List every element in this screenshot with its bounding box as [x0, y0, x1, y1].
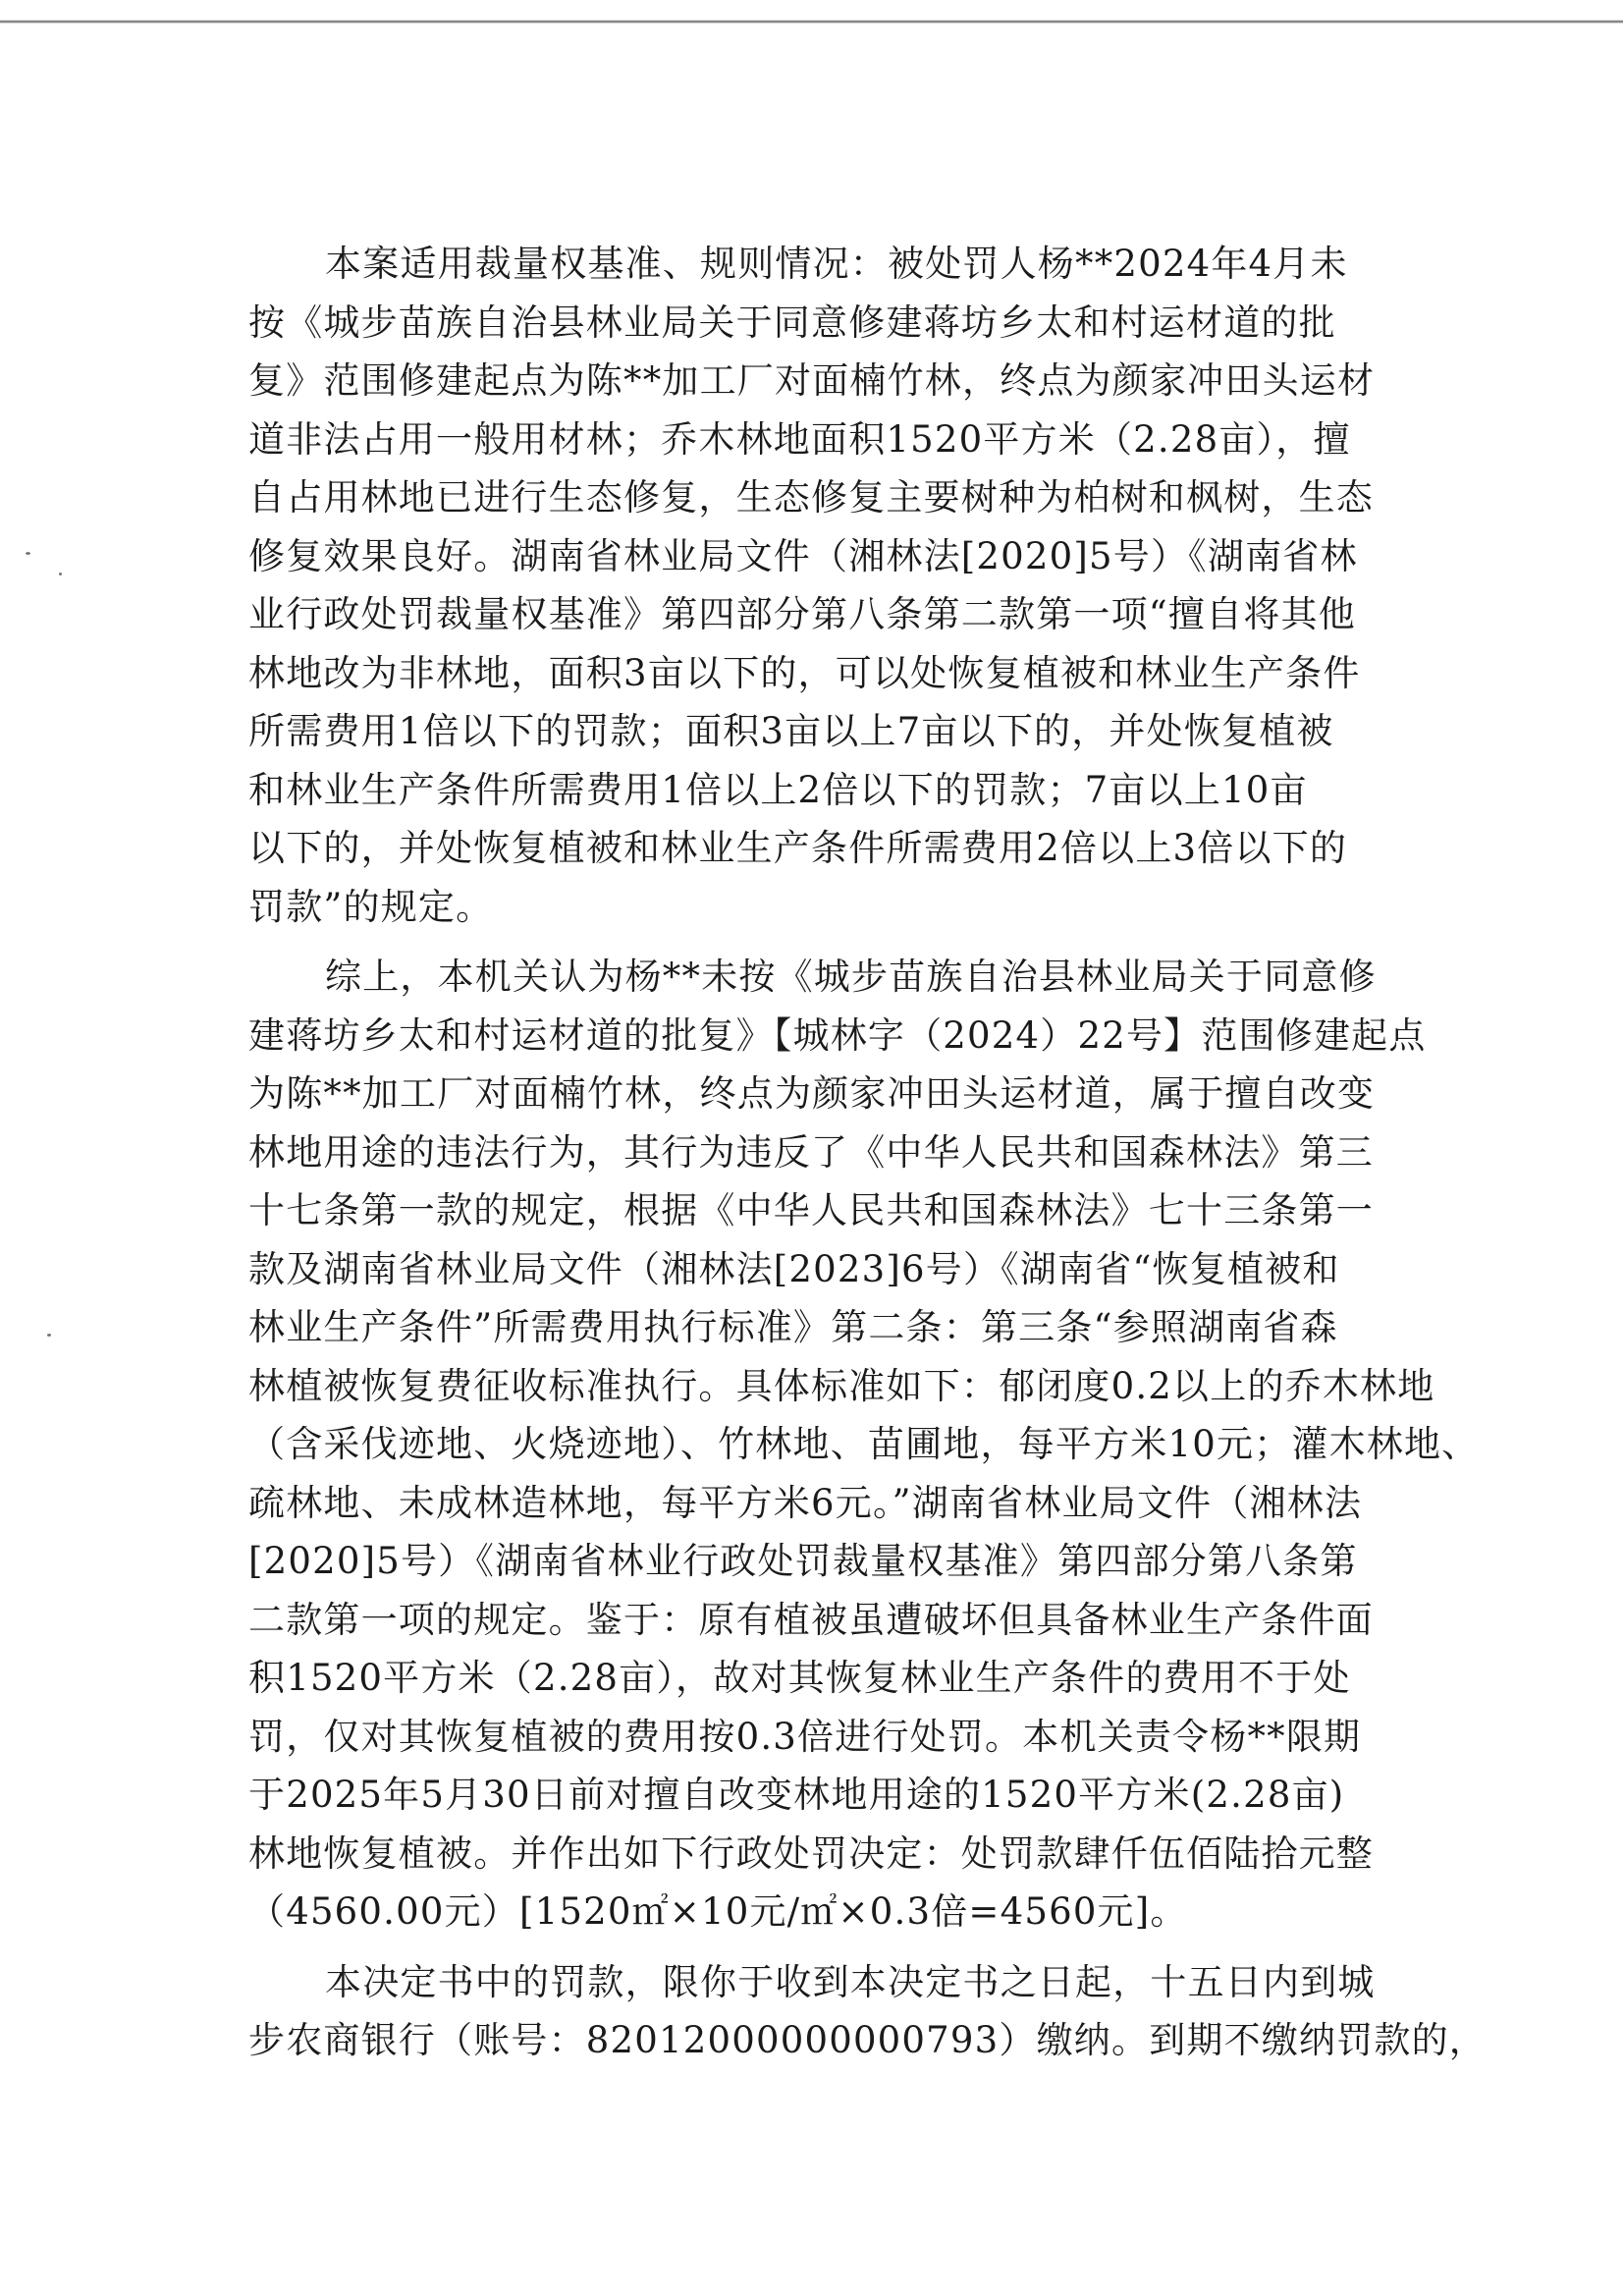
- text-line: 复》范围修建起点为陈**加工厂对面楠竹林，终点为颜家冲田头运材: [248, 355, 1378, 414]
- text-line: 和林业生产条件所需费用1倍以上2倍以下的罚款；7亩以上10亩: [248, 765, 1378, 824]
- paragraph-discretion-standard: 本案适用裁量权基准、规则情况：被处罚人杨**2024年4月未 按《城步苗族自治县…: [248, 239, 1378, 940]
- text-line: 林地改为非林地，面积3亩以下的，可以处恢复植被和林业生产条件: [248, 648, 1378, 707]
- text-line: 罚，仅对其恢复植被的费用按0.3倍进行处罚。本机关责令杨**限期: [248, 1712, 1378, 1771]
- text-line: 本决定书中的罚款，限你于收到本决定书之日起，十五日内到城: [248, 1957, 1378, 2016]
- text-line: 罚款”的规定。: [248, 882, 1378, 941]
- text-line: 为陈**加工厂对面楠竹林，终点为颜家冲田头运材道，属于擅自改变: [248, 1068, 1378, 1127]
- text-line: （含采伐迹地、火烧迹地）、竹林地、苗圃地，每平方米10元；灌木林地、: [248, 1419, 1378, 1478]
- text-line: 业行政处罚裁量权基准》第四部分第八条第二款第一项“擅自将其他: [248, 589, 1378, 648]
- text-line: 修复效果良好。湖南省林业局文件（湘林法[2020]5号）《湖南省林: [248, 531, 1378, 590]
- text-line: 林植被恢复费征收标准执行。具体标准如下：郁闭度0.2以上的乔木林地: [248, 1361, 1378, 1420]
- text-line: 疏林地、未成林造林地，每平方米6元。”湖南省林业局文件（湘林法: [248, 1478, 1378, 1537]
- text-line: 建蒋坊乡太和村运材道的批复》【城林字（2024）22号】范围修建起点: [248, 1011, 1378, 1069]
- text-line: 十七条第一款的规定，根据《中华人民共和国森林法》七十三条第一: [248, 1185, 1378, 1244]
- paragraph-payment: 本决定书中的罚款，限你于收到本决定书之日起，十五日内到城 步农商银行（账号：82…: [248, 1957, 1378, 2074]
- text-line: 自占用林地已进行生态修复，生态修复主要树种为柏树和枫树，生态: [248, 472, 1378, 531]
- text-line: 本案适用裁量权基准、规则情况：被处罚人杨**2024年4月未: [248, 239, 1378, 298]
- scan-edge-line: [0, 20, 1623, 24]
- text-line: 道非法占用一般用材林；乔木林地面积1520平方米（2.28亩），擅: [248, 414, 1378, 473]
- paragraph-conclusion: 综上，本机关认为杨**未按《城步苗族自治县林业局关于同意修 建蒋坊乡太和村运材道…: [248, 952, 1378, 1945]
- text-line: （4560.00元）[1520㎡×10元/㎡×0.3倍=4560元]。: [248, 1886, 1378, 1945]
- text-line: 林地恢复植被。并作出如下行政处罚决定：处罚款肆仟伍佰陆拾元整: [248, 1829, 1378, 1887]
- text-line: 积1520平方米（2.28亩），故对其恢复林业生产条件的费用不于处: [248, 1653, 1378, 1712]
- document-page: 本案适用裁量权基准、规则情况：被处罚人杨**2024年4月未 按《城步苗族自治县…: [248, 239, 1378, 2074]
- text-line: 于2025年5月30日前对擅自改变林地用途的1520平方米(2.28亩): [248, 1770, 1378, 1829]
- text-line: 以下的，并处恢复植被和林业生产条件所需费用2倍以上3倍以下的: [248, 823, 1378, 882]
- text-line: 林业生产条件”所需费用执行标准》第二条：第三条“参照湖南省森: [248, 1302, 1378, 1361]
- text-line: 林地用途的违法行为，其行为违反了《中华人民共和国森林法》第三: [248, 1127, 1378, 1186]
- text-line: 综上，本机关认为杨**未按《城步苗族自治县林业局关于同意修: [248, 952, 1378, 1011]
- text-line: 款及湖南省林业局文件（湘林法[2023]6号）《湖南省“恢复植被和: [248, 1244, 1378, 1303]
- text-line: 所需费用1倍以下的罚款；面积3亩以上7亩以下的，并处恢复植被: [248, 706, 1378, 765]
- text-line: 按《城步苗族自治县林业局关于同意修建蒋坊乡太和村运材道的批: [248, 298, 1378, 356]
- scan-speck: [47, 1334, 51, 1337]
- text-line: 二款第一项的规定。鉴于：原有植被虽遭破坏但具备林业生产条件面: [248, 1595, 1378, 1654]
- scan-speck: [26, 552, 30, 555]
- text-line: [2020]5号）《湖南省林业行政处罚裁量权基准》第四部分第八条第: [248, 1536, 1378, 1595]
- text-line: 步农商银行（账号：82012000000000793）缴纳。到期不缴纳罚款的，: [248, 2015, 1378, 2074]
- scan-speck: [59, 573, 62, 575]
